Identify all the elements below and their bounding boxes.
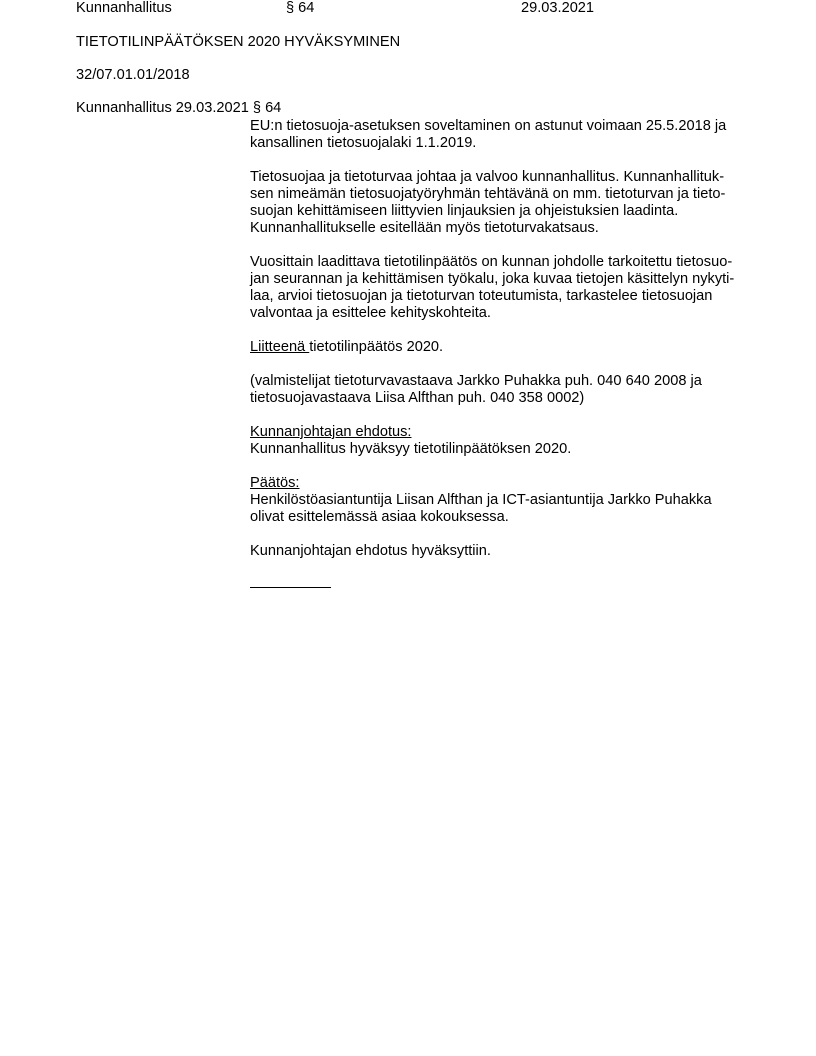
text-line: Vuosittain laadittava tietotilinpäätös o…	[250, 254, 770, 271]
text-line: Tietosuojaa ja tietoturvaa johtaa ja val…	[250, 169, 770, 186]
paragraph-gdpr: EU:n tietosuoja-asetuksen soveltaminen o…	[250, 118, 770, 152]
proposal-heading: Kunnanjohtajan ehdotus:	[250, 424, 770, 441]
meeting-reference: Kunnanhallitus 29.03.2021 § 64	[76, 100, 281, 117]
text-line: olivat esittelemässä asiaa kokouksessa.	[250, 509, 770, 526]
paragraph-governance: Tietosuojaa ja tietoturvaa johtaa ja val…	[250, 169, 770, 237]
header-section-number: § 64	[286, 0, 314, 17]
attachment-label: Liitteenä	[250, 339, 309, 355]
header-body-name: Kunnanhallitus	[76, 0, 172, 17]
text-line: sen nimeämän tietosuojatyöryhmän tehtävä…	[250, 186, 770, 203]
paragraph-annual-report: Vuosittain laadittava tietotilinpäätös o…	[250, 254, 770, 322]
attachment-text: tietotilinpäätös 2020.	[309, 339, 443, 355]
decision-result-text: Kunnanjohtajan ehdotus hyväksyttiin.	[250, 543, 770, 560]
text-line: valvontaa ja esittelee kehityskohteita.	[250, 305, 770, 322]
text-line: suojan kehittämiseen liittyvien linjauks…	[250, 203, 770, 220]
text-line: (valmistelijat tietoturvavastaava Jarkko…	[250, 373, 770, 390]
signature-divider	[250, 587, 331, 588]
reference-number: 32/07.01.01/2018	[76, 67, 190, 84]
text-line: Henkilöstöasiantuntija Liisan Alfthan ja…	[250, 492, 770, 509]
text-line: kansallinen tietosuojalaki 1.1.2019.	[250, 135, 770, 152]
text-line: tietosuojavastaava Liisa Alfthan puh. 04…	[250, 390, 770, 407]
document-body: EU:n tietosuoja-asetuksen soveltaminen o…	[250, 118, 770, 588]
decision-heading: Päätös:	[250, 475, 770, 492]
text-line: Kunnanhallitukselle esitellään myös tiet…	[250, 220, 770, 237]
text-line: laa, arvioi tietosuojan ja tietoturvan t…	[250, 288, 770, 305]
preparers-info: (valmistelijat tietoturvavastaava Jarkko…	[250, 373, 770, 407]
text-line: jan seurannan ja kehittämisen työkalu, j…	[250, 271, 770, 288]
document-title: TIETOTILINPÄÄTÖKSEN 2020 HYVÄKSYMINEN	[76, 34, 400, 51]
header-date: 29.03.2021	[521, 0, 594, 17]
decision-result: Kunnanjohtajan ehdotus hyväksyttiin.	[250, 543, 770, 560]
proposal-text: Kunnanhallitus hyväksyy tietotilinpäätök…	[250, 441, 770, 458]
proposal-section: Kunnanjohtajan ehdotus: Kunnanhallitus h…	[250, 424, 770, 458]
decision-section: Päätös: Henkilöstöasiantuntija Liisan Al…	[250, 475, 770, 526]
text-line: EU:n tietosuoja-asetuksen soveltaminen o…	[250, 118, 770, 135]
attachment-line: Liitteenä tietotilinpäätös 2020.	[250, 339, 770, 356]
